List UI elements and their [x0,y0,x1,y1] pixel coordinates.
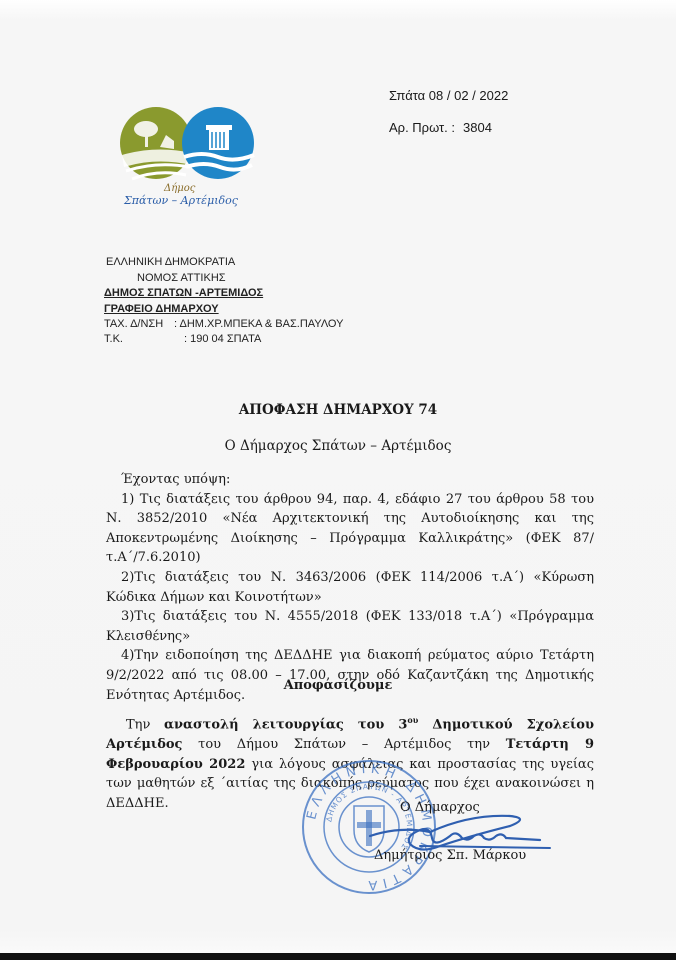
consideration-item: 2)Τις διατάξεις του Ν. 3463/2006 (ΦΕΚ 11… [106,568,594,607]
considering-heading: Έχοντας υπόψη: [106,470,594,490]
consideration-item: 4)Την ειδοποίηση της ΔΕΔΔΗΕ για διακοπή … [106,646,594,705]
address-label: ΤΑΧ. Δ/ΝΣΗ [104,318,174,330]
protocol-label: Αρ. Πρωτ. : [389,120,455,135]
postcode-label: Τ.Κ. [104,333,184,345]
decision-text-part: Την [126,717,164,732]
signatory-name: Δημήτριος Σπ. Μάρκου [374,848,526,863]
decision-text-superscript: ου [407,715,418,725]
header-office: ΓΡΑΦΕΙΟ ΔΗΜΑΡΧΟΥ [104,303,219,315]
decision-text-part: του Δήμου Σπάτων – Αρτέμιδος την [182,737,505,752]
considerations: Έχοντας υπόψη: 1) Τις διατάξεις του άρθρ… [106,470,594,705]
we-decide-heading: Αποφασίζουμε [0,678,676,693]
consideration-item: 3)Τις διατάξεις του Ν. 4555/2018 (ΦΕΚ 13… [106,607,594,646]
consideration-item: 1) Τις διατάξεις του άρθρου 94, παρ. 4, … [106,490,594,568]
header-address: ΤΑΧ. Δ/ΝΣΗ: ΔΗΜ.ΧΡ.ΜΠΕΚΑ & ΒΑΣ.ΠΑΥΛΟΥ [104,318,343,330]
address-value: : ΔΗΜ.ΧΡ.ΜΠΕΚΑ & ΒΑΣ.ΠΑΥΛΟΥ [174,318,343,330]
document-page: Δήμος Σπάτων – Αρτέμιδος Σπάτα 08 / 02 /… [0,0,676,953]
decision-title: ΑΠΟΦΑΣΗ ΔΗΜΑΡΧΟΥ 74 [0,402,676,418]
header-prefecture: ΝΟΜΟΣ ΑΤΤΙΚΗΣ [137,272,226,284]
header-municipality: ΔΗΜΟΣ ΣΠΑΤΩΝ -ΑΡΤΕΜΙΔΟΣ [104,287,263,299]
document-date: Σπάτα 08 / 02 / 2022 [389,88,508,103]
logo-caption-line1: Δήμος [164,183,195,194]
protocol-number: Αρ. Πρωτ. :3804 [389,120,492,135]
postcode-value: : 190 04 ΣΠΑΤΑ [184,333,261,345]
header-postcode: Τ.Κ.: 190 04 ΣΠΑΤΑ [104,333,261,345]
bottom-edge [0,953,676,960]
decision-text-bold: αναστολή λειτουργίας του 3 [164,717,407,732]
decision-subtitle: Ο Δήμαρχος Σπάτων – Αρτέμιδος [0,438,676,454]
header-republic: ΕΛΛΗΝΙΚΗ ΔΗΜΟΚΡΑΤΙΑ [106,256,235,268]
protocol-value: 3804 [463,120,492,135]
logo-caption-line2: Σπάτων – Αρτέμιδος [124,194,238,207]
